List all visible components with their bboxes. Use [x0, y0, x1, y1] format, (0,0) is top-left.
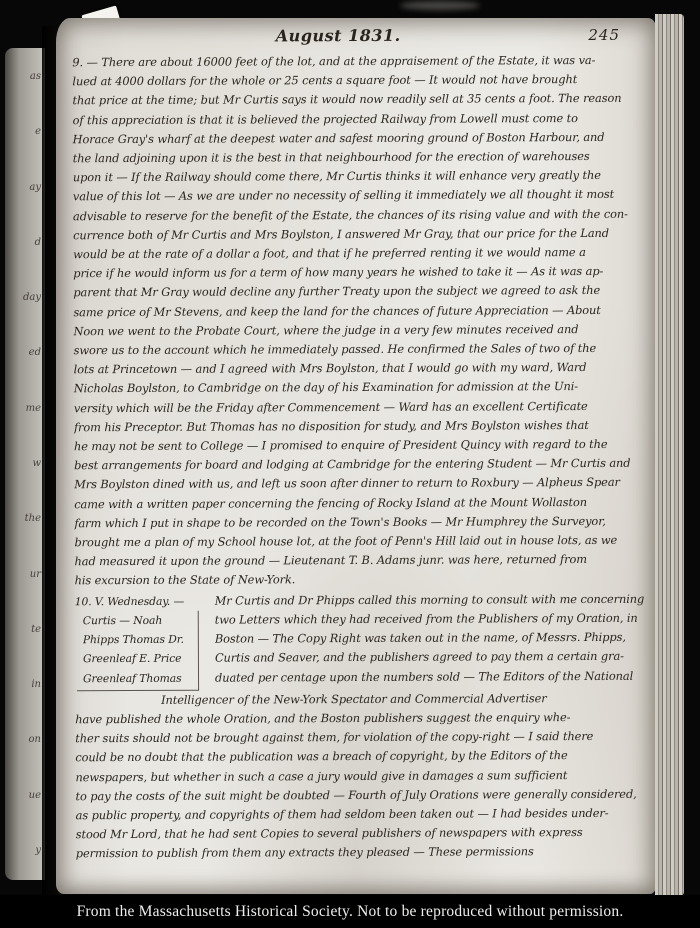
manuscript-line: two Letters which they had received from…	[215, 609, 647, 630]
facing-page-text-fragment: ue	[29, 791, 41, 801]
facing-page-text-fragment: ay	[29, 183, 41, 193]
manuscript-line: Nicholas Boylston, to Cambridge on the d…	[74, 377, 646, 399]
manuscript-line: Curtis and Seaver, and the publishers ag…	[215, 647, 647, 668]
facing-page-text-fragment: e	[35, 127, 41, 137]
margin-name-line: Phipps Thomas Dr.	[83, 630, 194, 650]
facing-page-text-fragment: y	[35, 846, 41, 856]
manuscript-line: came with a written paper concerning the…	[74, 492, 646, 514]
manuscript-line: parent that Mr Gray would decline any fu…	[73, 281, 645, 303]
manuscript-line: stood Mr Lord, that he had sent Copies t…	[76, 823, 648, 845]
margin-date-line: 10. V. Wednesday. —	[75, 591, 199, 611]
manuscript-line: of this appreciation is that it is belie…	[73, 108, 645, 130]
facing-page-text-fragment: te	[31, 625, 41, 635]
entry-august-10: 10. V. Wednesday. — Curtis — NoahPhipps …	[75, 589, 647, 691]
manuscript-line: to pay the costs of the suit might be do…	[75, 784, 647, 806]
entry-august-10-continuation: Intelligencer of the New-York Spectator …	[75, 688, 648, 863]
manuscript-line: Mr Curtis and Dr Phipps called this morn…	[215, 589, 647, 610]
manuscript-line: brought me a plan of my School house lot…	[74, 531, 646, 553]
facing-page-text-fragment: w	[32, 459, 41, 469]
manuscript-line: as public property, and copyrights of th…	[76, 804, 648, 826]
manuscript-line: would be at the rate of a dollar a foot,…	[73, 243, 645, 265]
entry-august-10-text: Mr Curtis and Dr Phipps called this morn…	[215, 589, 647, 690]
photo-smudge	[400, 1, 480, 10]
credit-bar: From the Massachusetts Historical Societ…	[0, 895, 700, 928]
facing-page-text-fragment: ur	[30, 570, 41, 580]
manuscript-line: Horace Gray's wharf at the deepest water…	[73, 128, 645, 150]
facing-page-text-fragment: day	[23, 293, 41, 303]
date-heading: August 1831.	[72, 25, 604, 46]
facing-page-edge: aseayddayedmewtheurteinonuey	[5, 48, 45, 880]
facing-page-text-fragment: d	[35, 238, 41, 248]
facing-page-text-fragment: the	[25, 514, 41, 524]
manuscript-line: versity which will be the Friday after C…	[74, 396, 646, 418]
manuscript-line: swore us to the account which he immedia…	[74, 339, 646, 361]
manuscript-line: Noon we went to the Probate Court, where…	[73, 320, 645, 342]
manuscript-line: lots at Princetown — and I agreed with M…	[74, 358, 646, 380]
manuscript-line: from his Preceptor. But Thomas has no di…	[74, 416, 646, 438]
manuscript-line: currence both of Mr Curtis and Mrs Boyls…	[73, 224, 645, 246]
manuscript-content: August 1831. 9. — There are about 16000 …	[72, 25, 648, 864]
margin-names-box: Curtis — NoahPhipps Thomas Dr.Greenleaf …	[77, 611, 199, 691]
manuscript-line: Mrs Boylston dined with us, and left us …	[74, 473, 646, 495]
margin-name-line: Greenleaf Thomas	[83, 668, 194, 688]
manuscript-line: the land adjoining upon it is the best i…	[73, 147, 645, 169]
manuscript-line: could be no doubt that the publication w…	[75, 746, 647, 768]
manuscript-line: best arrangements for board and lodging …	[74, 454, 646, 476]
manuscript-line: farm which I put in shape to be recorded…	[74, 512, 646, 534]
scanned-diary-photo: aseayddayedmewtheurteinonuey 245 August …	[0, 0, 700, 928]
manuscript-line: 9. — There are about 16000 feet of the l…	[72, 51, 644, 73]
book-page-edges	[655, 14, 684, 896]
facing-page-text-fragment: on	[29, 735, 41, 745]
manuscript-line: value of this lot — As we are under no n…	[73, 185, 645, 207]
manuscript-line: permission to publish from them any extr…	[76, 842, 648, 864]
manuscript-line: have published the whole Oration, and th…	[75, 708, 647, 730]
manuscript-line: upon it — If the Railway should come the…	[73, 166, 645, 188]
manuscript-line: price if he would inform us for a term o…	[73, 262, 645, 284]
facing-page-text-fragment: me	[26, 404, 41, 414]
manuscript-line: he may not be sent to College — I promis…	[74, 435, 646, 457]
manuscript-line: Boston — The Copy Right was taken out in…	[215, 628, 647, 649]
facing-page-text-fragment: in	[31, 680, 41, 690]
margin-name-line: Curtis — Noah	[83, 611, 194, 631]
manuscript-line: lued at 4000 dollars for the whole or 25…	[72, 70, 644, 92]
margin-name-line: Greenleaf E. Price	[83, 649, 194, 669]
manuscript-line: ther suits should not be brought against…	[75, 727, 647, 749]
manuscript-line: Intelligencer of the New-York Spectator …	[161, 688, 647, 709]
manuscript-line: advisable to reserve for the benefit of …	[73, 204, 645, 226]
manuscript-line: had measured it upon the ground — Lieute…	[74, 550, 646, 572]
manuscript-page: 245 August 1831. 9. — There are about 16…	[56, 18, 656, 894]
manuscript-line: same price of Mr Stevens, and keep the l…	[73, 300, 645, 322]
manuscript-line: his excursion to the State of New-York.	[75, 569, 647, 591]
margin-notes: 10. V. Wednesday. — Curtis — NoahPhipps …	[75, 591, 199, 691]
entry-august-9: 9. — There are about 16000 feet of the l…	[72, 51, 646, 591]
facing-page-text-fragment: ed	[29, 348, 41, 358]
facing-page-text-fragment: as	[30, 72, 41, 82]
credit-text: From the Massachusetts Historical Societ…	[77, 903, 624, 921]
manuscript-line: duated per centage upon the numbers sold…	[215, 666, 647, 687]
manuscript-line: newspapers, but whether in such a case a…	[75, 765, 647, 787]
manuscript-line: that price at the time; but Mr Curtis sa…	[72, 89, 644, 111]
